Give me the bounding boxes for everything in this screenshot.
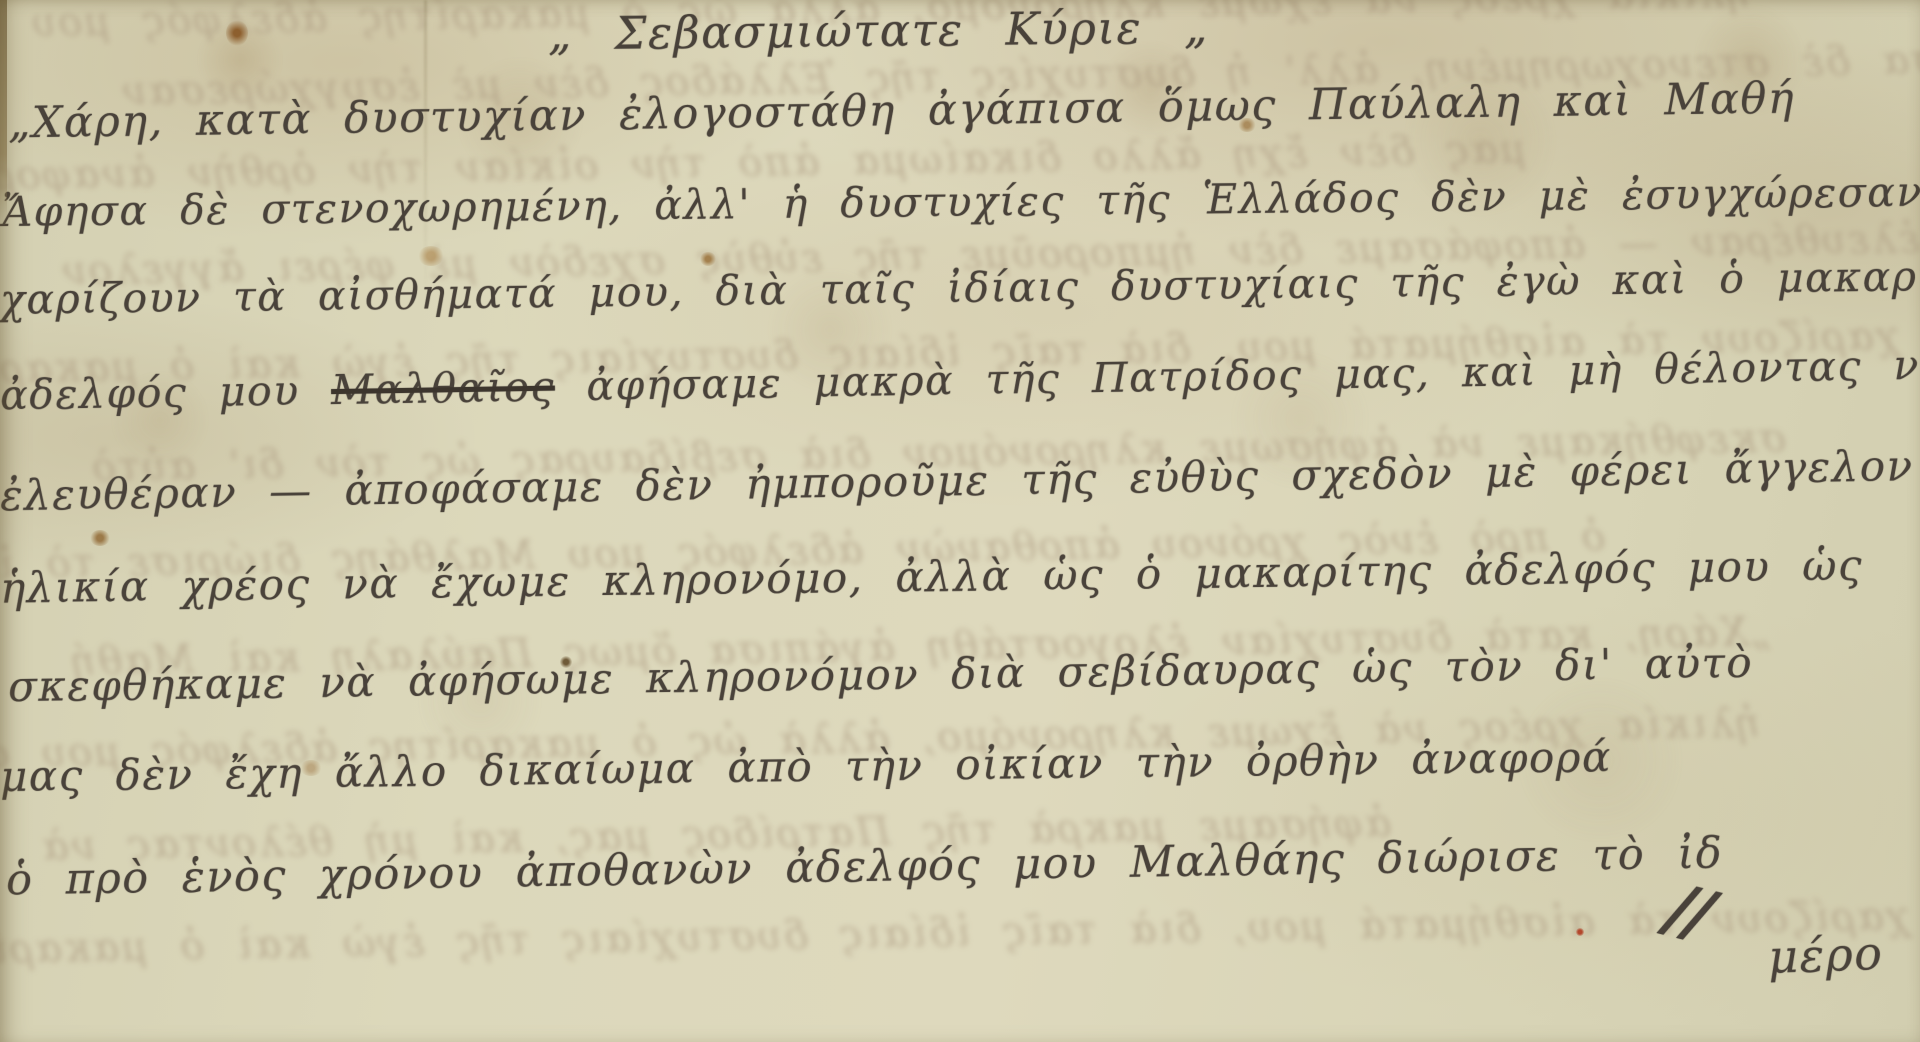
- salutation-line: „ Σεβασμιώτατε Κύριε „: [548, 1, 1209, 61]
- pen-flourish-mark: //: [1659, 868, 1717, 953]
- paper-edge: [0, 0, 7, 220]
- manuscript-line-7: σκεφθήκαμε νὰ ἀφήσωμε κληρονόμον διὰ σεβ…: [8, 638, 1754, 711]
- manuscript-line-3: χαρίζουν τὰ αἰσθήματά μου, διὰ ταῖς ἰδία…: [0, 252, 1920, 324]
- manuscript-page: ἡλικία χρέος νὰ ἔχωμε κληρονόμο, ἀλλὰ ὡς…: [0, 0, 1920, 1042]
- catchword: μέρο: [1767, 926, 1884, 984]
- struck-through-word: Μαλθαῖος: [331, 363, 555, 415]
- manuscript-line-5: ἐλευθέραν — ἀποφάσαμε δὲν ἠμποροῦμε τῆς …: [0, 441, 1914, 520]
- manuscript-line-4: ἀδελφός μου Μαλθαῖος ἀφήσαμε μακρὰ τῆς Π…: [0, 341, 1920, 420]
- manuscript-line-8: μας δὲν ἔχη ἄλλο δικαίωμα ἀπὸ τὴν οἰκίαν…: [0, 732, 1612, 801]
- line-4-before-deletion: ἀδελφός μου: [0, 366, 332, 419]
- manuscript-line-9: ὁ πρὸ ἑνὸς χρόνου ἀποθανὼν ἀδελφός μου Μ…: [6, 829, 1724, 906]
- manuscript-line-2: Ἄφησα δὲ στενοχωρημένη, ἀλλ' ἡ δυστυχίες…: [2, 168, 1920, 236]
- close-quote-mark: „: [1184, 1, 1209, 54]
- manuscript-line-1: „Χάρη, κατὰ δυστυχίαν ἐλογοστάθη ἀγάπισα…: [8, 74, 1796, 149]
- handwriting-layer: „ Σεβασμιώτατε Κύριε „ „Χάρη, κατὰ δυστυ…: [0, 0, 1920, 1042]
- paper-crease: [424, 0, 427, 300]
- manuscript-line-6: ἡλικία χρέος νὰ ἔχωμε κληρονόμο, ἀλλὰ ὡς…: [0, 541, 1863, 613]
- open-quote-mark: „: [548, 7, 573, 60]
- salutation-text: Σεβασμιώτατε Κύριε: [614, 1, 1142, 60]
- line-4-after-deletion: ἀφήσαμε μακρὰ τῆς Πατρίδος μας, καὶ μὴ θ…: [554, 341, 1920, 411]
